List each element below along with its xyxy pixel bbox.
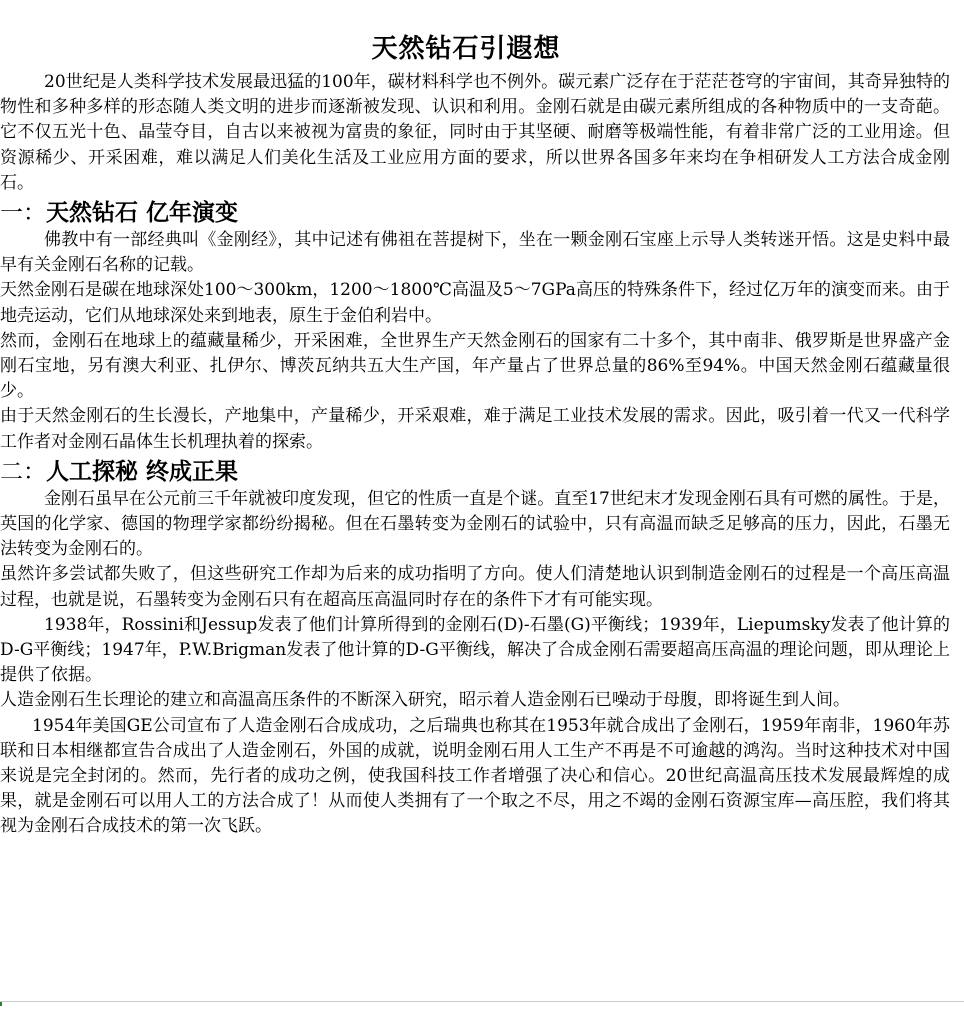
paragraph: 然而，金刚石在地球上的蕴藏量稀少，开采困难，全世界生产天然金刚石的国家有二十多个… [0, 329, 950, 405]
paragraph: 虽然许多尝试都失败了，但这些研究工作却为后来的成功指明了方向。使人们清楚地认识到… [0, 562, 950, 612]
intro-paragraph: 20世纪是人类科学技术发展最迅猛的100年，碳材料科学也不例外。碳元素广泛存在于… [0, 70, 950, 196]
section-number: 二： [0, 459, 46, 485]
section-heading-1: 一：天然钻石 亿年演变 [0, 196, 950, 228]
horizontal-divider [0, 1001, 964, 1002]
section-number: 一： [0, 200, 46, 226]
paragraph: 1938年，Rossini和Jessup发表了他们计算所得到的金刚石(D)-石墨… [0, 613, 950, 689]
paragraph: 金刚石虽早在公元前三千年就被印度发现，但它的性质一直是个谜。直至17世纪末才发现… [0, 487, 950, 563]
paragraph: 由于天然金刚石的生长漫长，产地集中，产量稀少，开采艰难，难于满足工业技术发展的需… [0, 404, 950, 454]
page-title: 天然钻石引遐想 [0, 31, 932, 67]
paragraph: 天然金刚石是碳在地球深处100～300km，1200～1800℃高温及5～7GP… [0, 278, 950, 328]
section-heading-2: 二：人工探秘 终成正果 [0, 455, 950, 487]
corner-marker-icon [0, 1002, 2, 1006]
section-title: 人工探秘 终成正果 [46, 458, 238, 485]
paragraph: 1954年美国GE公司宣布了人造金刚石合成成功，之后瑞典也称其在1953年就合成… [0, 714, 950, 840]
paragraph: 人造金刚石生长理论的建立和高温高压条件的不断深入研究，昭示着人造金刚石已噪动于母… [0, 688, 950, 713]
section-title: 天然钻石 亿年演变 [46, 199, 238, 226]
article-body: 20世纪是人类科学技术发展最迅猛的100年，碳材料科学也不例外。碳元素广泛存在于… [0, 70, 950, 840]
paragraph: 佛教中有一部经典叫《金刚经》，其中记述有佛祖在菩提树下，坐在一颗金刚石宝座上示导… [0, 228, 950, 278]
